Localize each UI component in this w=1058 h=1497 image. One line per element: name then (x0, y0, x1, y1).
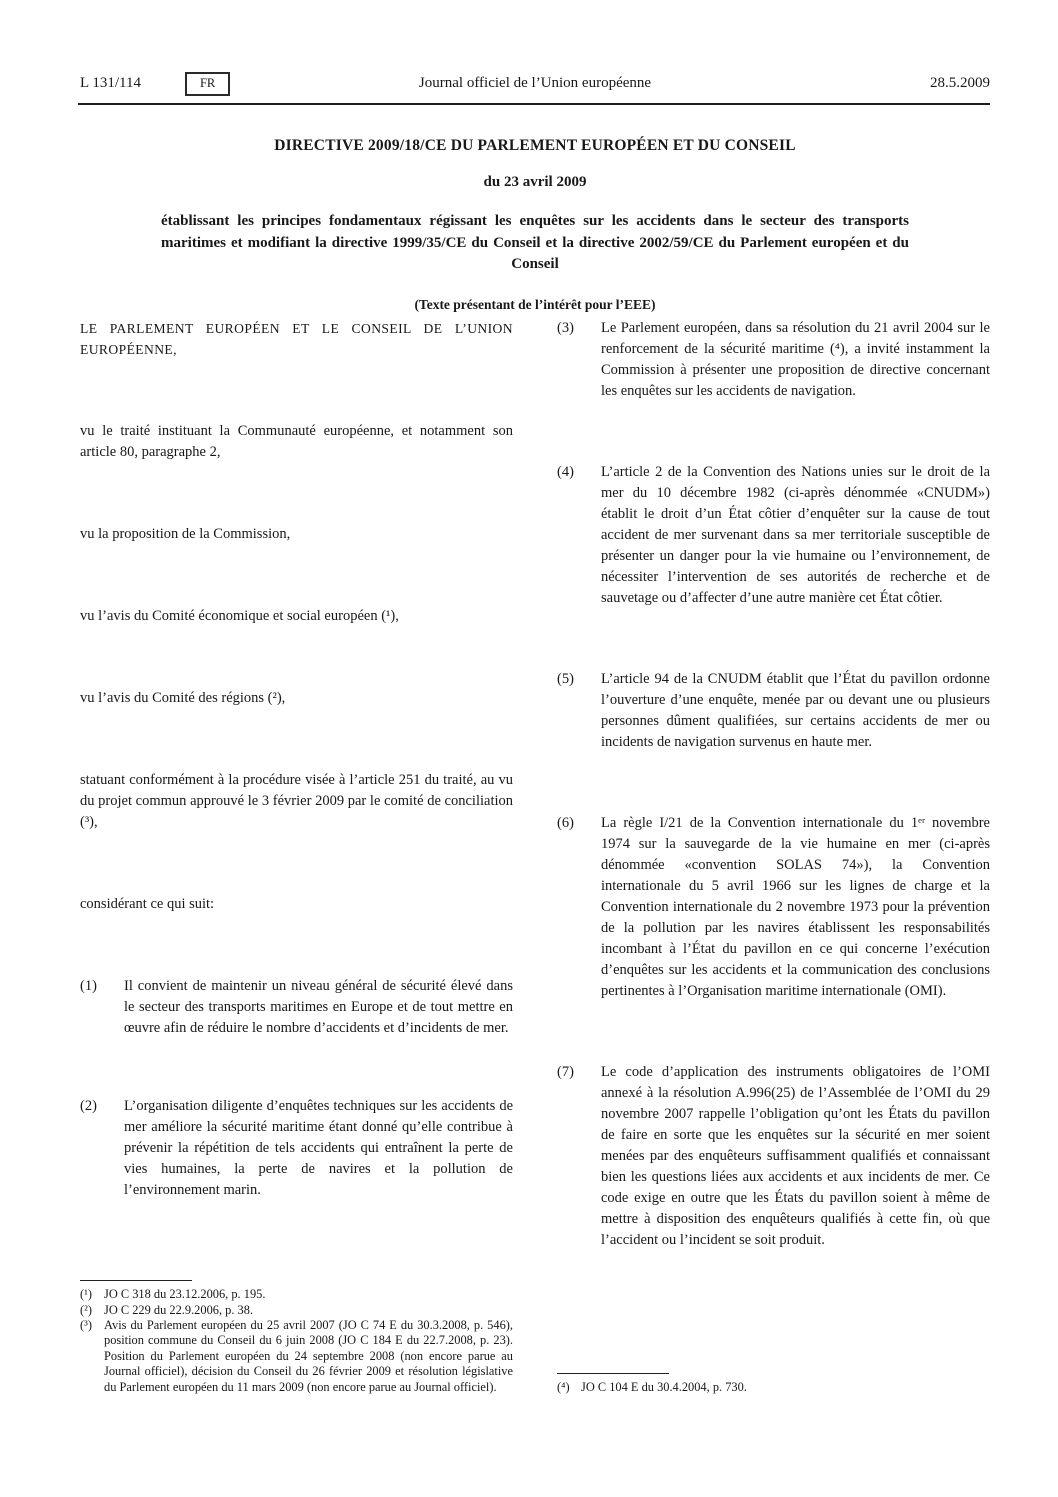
footnote-text: JO C 104 E du 30.4.2004, p. 730. (581, 1380, 747, 1394)
directive-date-line: du 23 avril 2009 (80, 174, 990, 191)
recital-5: (5) L’article 94 de la CNUDM établit que… (557, 669, 990, 753)
preamble-cor-opinion: vu l’avis du Comité des régions (²), (80, 688, 513, 709)
left-column: LE PARLEMENT EUROPÉEN ET LE CONSEIL DE L… (80, 318, 513, 1395)
recital-number: (1) (80, 976, 124, 1039)
language-code-badge: FR (185, 72, 230, 96)
recital-2: (2) L’organisation diligente d’enquêtes … (80, 1096, 513, 1201)
recital-number: (7) (557, 1062, 601, 1251)
header-date: 28.5.2009 (651, 75, 990, 92)
document-page: L 131/114 FR Journal officiel de l’Union… (0, 0, 1058, 1497)
preamble-eesc-opinion: vu l’avis du Comité économique et social… (80, 606, 513, 627)
footnote-marker: (³) (80, 1318, 104, 1333)
recital-1: (1) Il convient de maintenir un niveau g… (80, 976, 513, 1039)
recital-number: (2) (80, 1096, 124, 1201)
recital-number: (4) (557, 462, 601, 609)
footnote-rule (80, 1280, 192, 1281)
preamble-commission-proposal: vu la proposition de la Commission, (80, 524, 513, 545)
recital-text: Il convient de maintenir un niveau génér… (124, 976, 513, 1039)
page-header: L 131/114 FR Journal officiel de l’Union… (80, 72, 990, 96)
journal-title: Journal officiel de l’Union européenne (419, 75, 651, 92)
recital-number: (6) (557, 813, 601, 1002)
title-block: DIRECTIVE 2009/18/CE DU PARLEMENT EUROPÉ… (80, 137, 990, 313)
right-column: (3) Le Parlement européen, dans sa résol… (557, 318, 990, 1395)
right-footnotes: (⁴)JO C 104 E du 30.4.2004, p. 730. (557, 1373, 990, 1395)
preamble-considering: considérant ce qui suit: (80, 894, 513, 915)
recital-number: (5) (557, 669, 601, 753)
page-number: L 131/114 (80, 75, 141, 92)
preamble-treaty: vu le traité instituant la Communauté eu… (80, 421, 513, 463)
footnote-marker: (²) (80, 1303, 104, 1318)
eee-interest-note: (Texte présentant de l’intérêt pour l’EE… (80, 297, 990, 313)
recital-text: Le Parlement européen, dans sa résolutio… (601, 318, 990, 402)
footnote-1: (¹)JO C 318 du 23.12.2006, p. 195. (80, 1287, 513, 1302)
header-left: L 131/114 FR (80, 72, 419, 96)
footnote-marker: (¹) (80, 1287, 104, 1302)
footnote-rule (557, 1373, 669, 1374)
footnote-text: Avis du Parlement européen du 25 avril 2… (104, 1318, 513, 1394)
recital-text: L’organisation diligente d’enquêtes tech… (124, 1096, 513, 1201)
recital-text: La règle I/21 de la Convention internati… (601, 813, 990, 1002)
footnote-4: (⁴)JO C 104 E du 30.4.2004, p. 730. (557, 1380, 990, 1395)
directive-subtitle: établissant les principes fondamentaux r… (161, 211, 909, 276)
recital-text: L’article 94 de la CNUDM établit que l’É… (601, 669, 990, 753)
body-columns: LE PARLEMENT EUROPÉEN ET LE CONSEIL DE L… (80, 318, 990, 1395)
recital-text: L’article 2 de la Convention des Nations… (601, 462, 990, 609)
footnote-text: JO C 318 du 23.12.2006, p. 195. (104, 1287, 265, 1301)
recital-text: Le code d’application des instruments ob… (601, 1062, 990, 1251)
footnote-text: JO C 229 du 22.9.2006, p. 38. (104, 1303, 253, 1317)
preamble-procedure: statuant conformément à la procédure vis… (80, 770, 513, 833)
recital-number: (3) (557, 318, 601, 402)
recital-7: (7) Le code d’application des instrument… (557, 1062, 990, 1251)
preamble-institutions: LE PARLEMENT EUROPÉEN ET LE CONSEIL DE L… (80, 318, 513, 360)
recital-4: (4) L’article 2 de la Convention des Nat… (557, 462, 990, 609)
directive-title: DIRECTIVE 2009/18/CE DU PARLEMENT EUROPÉ… (80, 137, 990, 155)
footnote-2: (²)JO C 229 du 22.9.2006, p. 38. (80, 1303, 513, 1318)
footnote-marker: (⁴) (557, 1380, 581, 1395)
left-footnotes: (¹)JO C 318 du 23.12.2006, p. 195. (²)JO… (80, 1280, 513, 1395)
footnote-3: (³)Avis du Parlement européen du 25 avri… (80, 1318, 513, 1395)
recital-3: (3) Le Parlement européen, dans sa résol… (557, 318, 990, 402)
header-rule (78, 103, 990, 105)
recital-6: (6) La règle I/21 de la Convention inter… (557, 813, 990, 1002)
